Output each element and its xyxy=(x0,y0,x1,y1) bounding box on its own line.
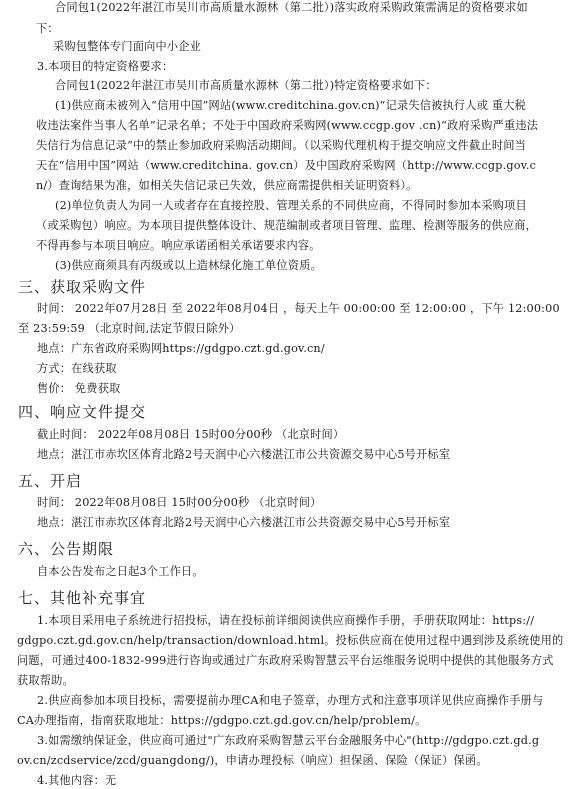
paragraph-line: 方式：在线获取 xyxy=(37,362,117,376)
section-heading: 三、获取采购文件 xyxy=(18,278,146,296)
paragraph-line: 至 23:59:59 （北京时间,法定节假日除外） xyxy=(18,322,241,336)
section-heading: 四、响应文件提交 xyxy=(18,403,146,421)
paragraph-line: (3)供应商须具有丙级或以上造林绿化施工单位资质。 xyxy=(55,259,322,273)
paragraph-line: 合同包1(2022年湛江市吴川市高质量水源林（第二批）)落实政府采购政策需满足的… xyxy=(55,1,528,15)
paragraph-line: n/）查询结果为准，如相关失信记录已失效，供应商需提供相关证明资料）。 xyxy=(36,179,418,193)
paragraph-line: (2)单位负责人为同一人或者存在直接控股、管理关系的不同供应商，不得同时参加本采… xyxy=(55,199,527,213)
paragraph-line: 3.本项目的特定资格要求： xyxy=(37,60,173,74)
paragraph-line: 下： xyxy=(36,22,59,36)
paragraph-line: 失信行为信息记录”中的禁止参加政府采购活动期间。（以采购代理机构于提交响应文件截… xyxy=(36,139,526,153)
paragraph-line: ov.cn/zcdservice/zcd/guangdong/)，申请办理投标（… xyxy=(17,754,488,768)
paragraph-line: (1)供应商未被列入“信用中国”网站(www.creditchina.gov.c… xyxy=(55,99,526,113)
paragraph-line: 不得再参与本项目响应。响应承诺函相关承诺要求内容。 xyxy=(36,239,321,253)
paragraph-line: 2.供应商参加本项目投标，需要提前办理CA和电子签章，办理方式和注意事项详见供应… xyxy=(37,694,543,708)
paragraph-line: CA办理指南，指南获取地址：https://gdgpo.czt.gd.gov.c… xyxy=(17,714,427,728)
paragraph-line: 天在“信用中国”网站（www.creditchina. gov.cn）及中国政府… xyxy=(36,159,536,173)
paragraph-line: 地点：湛江市赤坎区体育北路2号天润中心六楼湛江市公共资源交易中心5号开标室 xyxy=(37,516,450,530)
paragraph-line: 采购包整体专门面向中小企业 xyxy=(53,40,201,54)
paragraph-line: gdgpo.czt.gd.gov.cn/help/transaction/dow… xyxy=(17,634,563,648)
paragraph-line: （或采购包）响应。为本项目提供整体设计、规范编制或者项目管理、监理、检测等服务的… xyxy=(36,219,537,233)
paragraph-line: 自本公告发布之日起3个工作日。 xyxy=(37,565,204,579)
paragraph-line: 获取帮助。 xyxy=(17,674,74,688)
section-heading: 六、公告期限 xyxy=(18,540,114,558)
paragraph-line: 地点：湛江市赤坎区体育北路2号天润中心六楼湛江市公共资源交易中心5号开标室 xyxy=(37,448,450,462)
paragraph-line: 收违法案件当事人名单”记录名单；不处于中国政府采购网(www.ccgp.gov … xyxy=(36,119,538,133)
section-heading: 五、开启 xyxy=(18,472,82,490)
paragraph-line: 4.其他内容：无 xyxy=(37,774,116,788)
section-heading: 七、其他补充事宜 xyxy=(18,589,146,607)
paragraph-line: 时间： 2022年08月08日 15时00分00秒 （北京时间） xyxy=(37,496,322,510)
paragraph-line: 时间： 2022年07月28日 至 2022年08月04日 ，每天上午 00:0… xyxy=(37,302,560,316)
paragraph-line: 地点：广东省政府采购网https://gdgpo.czt.gd.gov.cn/ xyxy=(37,342,325,356)
paragraph-line: 1.本项目采用电子系统进行招投标，请在投标前详细阅读供应商操作手册，手册获取网址… xyxy=(37,614,534,628)
paragraph-line: 截止时间： 2022年08月08日 15时00分00秒 （北京时间） xyxy=(37,428,344,442)
paragraph-line: 售价： 免费获取 xyxy=(37,382,120,396)
paragraph-line: 合同包1(2022年湛江市吴川市高质量水源林（第二批）)特定资格要求如下： xyxy=(55,79,437,93)
paragraph-line: 3.如需缴纳保证金，供应商可通过"广东政府采购智慧云平台金融服务中心"(http… xyxy=(37,734,539,748)
paragraph-line: 问题，可通过400-1832-999进行咨询或通过广东政府采购智慧云平台运维服务… xyxy=(17,654,554,668)
